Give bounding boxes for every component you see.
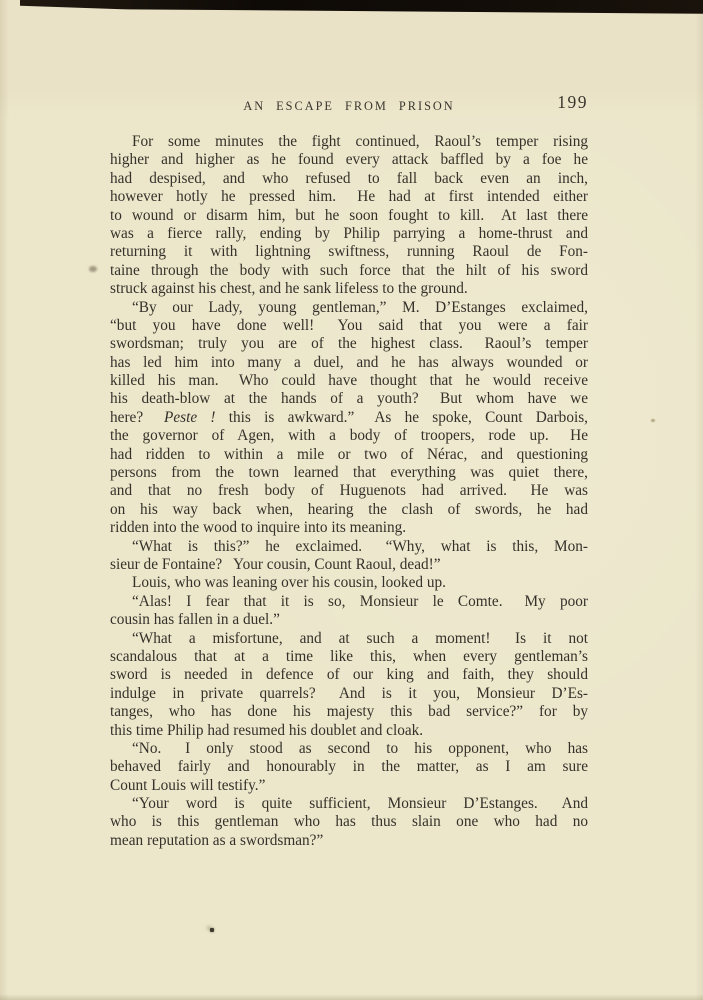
page-header: AN ESCAPE FROM PRISON 199 — [110, 96, 588, 118]
text-line: was a fierce rally, ending by Philip par… — [110, 225, 588, 243]
text-line: sword is needed in defence of our king a… — [110, 666, 588, 684]
text-line: had ridden to within a mile or two of Né… — [110, 446, 588, 464]
text-line: behaved fairly and honourably in the mat… — [110, 758, 588, 776]
text-line: tanges, who has done his majesty this ba… — [110, 703, 588, 721]
text-line: struck against his chest, and he sank li… — [110, 280, 588, 298]
text-line: indulge in private quarrels? And is it y… — [110, 685, 588, 703]
paragraph: For some minutes the fight continued, Ra… — [110, 133, 588, 299]
text-line: taine through the body with such force t… — [110, 262, 588, 280]
text-line: “By our Lady, young gentleman,” M. D’Est… — [110, 299, 588, 317]
text-line: here? Peste ! this is awkward.” As he sp… — [110, 409, 588, 427]
text-line: and that no fresh body of Huguenots had … — [110, 482, 588, 500]
text-line: Count Louis will testify.” — [110, 777, 588, 795]
text-line: mean reputation as a swordsman?” — [110, 832, 588, 850]
italic-phrase: Peste ! — [164, 409, 215, 426]
text-line: “What is this?” he exclaimed. “Why, what… — [110, 538, 588, 556]
text-line: scandalous that at a time like this, whe… — [110, 648, 588, 666]
text-line: sieur de Fontaine? Your cousin, Count Ra… — [110, 556, 588, 574]
page-number: 199 — [557, 92, 588, 112]
text-line: “No. I only stood as second to his oppon… — [110, 740, 588, 758]
text-line: had despised, and who refused to fall ba… — [110, 170, 588, 188]
ink-speck — [210, 928, 214, 932]
text-line: has led him into many a duel, and he has… — [110, 354, 588, 372]
paragraph: “What is this?” he exclaimed. “Why, what… — [110, 538, 588, 575]
running-title: AN ESCAPE FROM PRISON — [110, 99, 588, 113]
text-line: returning it with lightning swiftness, r… — [110, 243, 588, 261]
text-line: swordsman; truly you are of the highest … — [110, 335, 588, 353]
page-text: For some minutes the fight continued, Ra… — [110, 133, 588, 850]
paragraph: “No. I only stood as second to his oppon… — [110, 740, 588, 795]
text-line: higher and higher as he found every atta… — [110, 151, 588, 169]
paragraph: “What a misfortune, and at such a moment… — [110, 630, 588, 740]
paragraph: “Your word is quite sufficient, Monsieur… — [110, 795, 588, 850]
text-line: on his way back when, hearing the clash … — [110, 501, 588, 519]
scan-edge-top — [20, 0, 703, 15]
text-line: “Your word is quite sufficient, Monsieur… — [110, 795, 588, 813]
text-line: the governor of Agen, with a body of tro… — [110, 427, 588, 445]
text-line: however hotly he pressed him. He had at … — [110, 188, 588, 206]
paper-spot — [651, 419, 655, 422]
scanned-book-page: AN ESCAPE FROM PRISON 199 For some minut… — [0, 0, 703, 1000]
paragraph: “Alas! I fear that it is so, Monsieur le… — [110, 593, 588, 630]
text-line: who is this gentleman who has thus slain… — [110, 813, 588, 831]
text-line: killed his man. Who could have thought t… — [110, 372, 588, 390]
paragraph: Louis, who was leaning over his cousin, … — [110, 574, 588, 592]
text-line: Louis, who was leaning over his cousin, … — [110, 574, 588, 592]
text-line: “but you have done well! You said that y… — [110, 317, 588, 335]
text-line: persons from the town learned that every… — [110, 464, 588, 482]
text-line: “Alas! I fear that it is so, Monsieur le… — [110, 593, 588, 611]
text-line: cousin has fallen in a duel.” — [110, 611, 588, 629]
paragraph: “By our Lady, young gentleman,” M. D’Est… — [110, 299, 588, 538]
text-line: ridden into the wood to inquire into its… — [110, 519, 588, 537]
text-line: his death-blow at the hands of a youth? … — [110, 390, 588, 408]
text-line: “What a misfortune, and at such a moment… — [110, 630, 588, 648]
ink-smudge — [89, 266, 97, 272]
text-line: For some minutes the fight continued, Ra… — [110, 133, 588, 151]
text-line: to wound or disarm him, but he soon foug… — [110, 207, 588, 225]
text-line: this time Philip had resumed his doublet… — [110, 722, 588, 740]
